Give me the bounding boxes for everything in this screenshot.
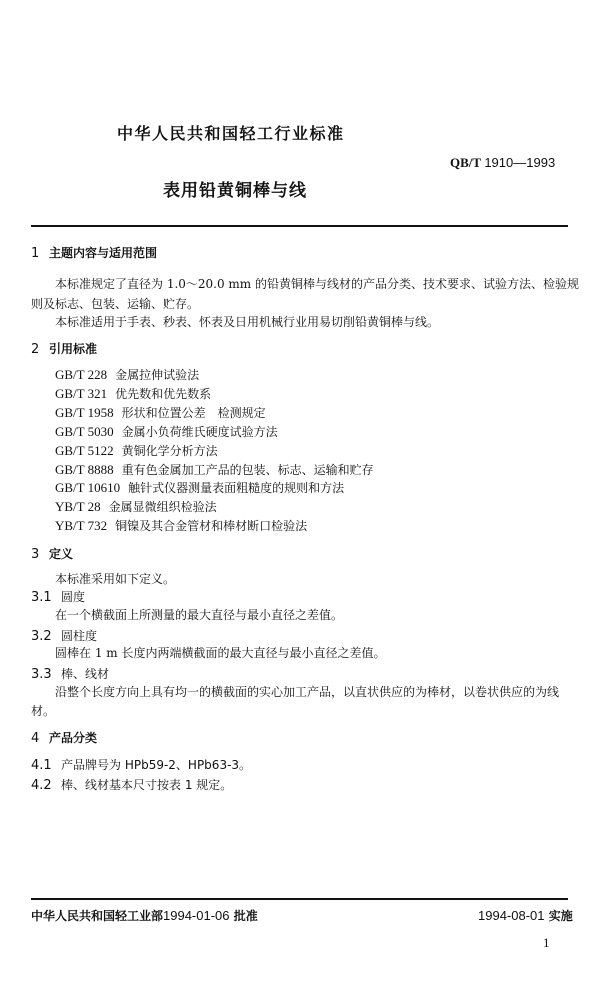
section-1-paragraph-1-line-1: 本标准规定了直径为 1.0～20.0 mm 的铅黄铜棒与线材的产品分类、技术要求… <box>55 274 579 294</box>
reference-item: GB/T 5122黄铜化学分析方法 <box>55 442 218 459</box>
reference-item: GB/T 8888重有色金属加工产品的包装、标志、运输和贮存 <box>55 461 374 478</box>
section-3-heading: 3定义 <box>31 545 73 562</box>
approval-date: 1994-01-06 <box>163 908 230 923</box>
definition-3-2-heading: 3.2圆柱度 <box>31 627 97 644</box>
reference-item: GB/T 228金属拉伸试验法 <box>55 366 199 383</box>
section-1-paragraph-2: 本标准适用于手表、秒表、怀表及日用机械行业用易切削铅黄铜棒与线。 <box>55 312 439 332</box>
reference-item: YB/T 732铜镍及其合金管材和棒材断口检验法 <box>55 517 307 534</box>
definition-3-3-text: 沿整个长度方向上具有均一的横截面的实心加工产品，以直状供应的为棒材，以卷状供应的… <box>55 682 559 702</box>
clause-4-1: 4.1产品牌号为 HPb59-2、HPb63-3。 <box>31 755 251 775</box>
page-number: 1 <box>543 935 550 951</box>
definition-3-2-text: 圆棒在 1 m 长度内两端横截面的最大直径与最小直径之差值。 <box>55 643 385 663</box>
reference-item: GB/T 321优先数和优先数系 <box>55 385 211 402</box>
effective-line: 1994-08-01 实施 <box>478 907 573 924</box>
definition-3-1-heading: 3.1圆度 <box>31 588 85 605</box>
reference-item: YB/T 28金属显微组织检验法 <box>55 498 217 515</box>
standard-number: 1910—1993 <box>484 155 555 170</box>
document-title: 表用铅黄铜棒与线 <box>163 176 307 201</box>
definition-3-1-text: 在一个横截面上所测量的最大直径与最小直径之差值。 <box>55 605 343 625</box>
standard-code: QB/T 1910—1993 <box>450 155 555 171</box>
approval-line: 中华人民共和国轻工业部1994-01-06 批准 <box>31 907 258 924</box>
section-1-heading: 1主题内容与适用范围 <box>31 244 157 261</box>
section-2-heading: 2引用标准 <box>31 340 97 357</box>
section-1-paragraph-1-line-2: 则及标志、包装、运输、贮存。 <box>31 294 199 314</box>
definition-3-3-text-continued: 材。 <box>31 701 55 721</box>
effective-date: 1994-08-01 <box>478 908 545 923</box>
issuing-authority-heading: 中华人民共和国轻工行业标准 <box>117 121 345 144</box>
reference-item: GB/T 5030金属小负荷维氏硬度试验方法 <box>55 423 278 440</box>
clause-4-2: 4.2棒、线材基本尺寸按表 1 规定。 <box>31 775 232 795</box>
footer-divider <box>31 898 568 900</box>
standard-prefix: QB/T <box>450 155 481 170</box>
reference-item: GB/T 10610触针式仪器测量表面粗糙度的规则和方法 <box>55 479 344 496</box>
header-divider <box>31 225 568 227</box>
definition-3-3-heading: 3.3棒、线材 <box>31 665 109 682</box>
section-4-heading: 4产品分类 <box>31 729 97 746</box>
reference-item: GB/T 1958形状和位置公差 检测规定 <box>55 404 266 421</box>
section-3-intro: 本标准采用如下定义。 <box>55 569 175 589</box>
